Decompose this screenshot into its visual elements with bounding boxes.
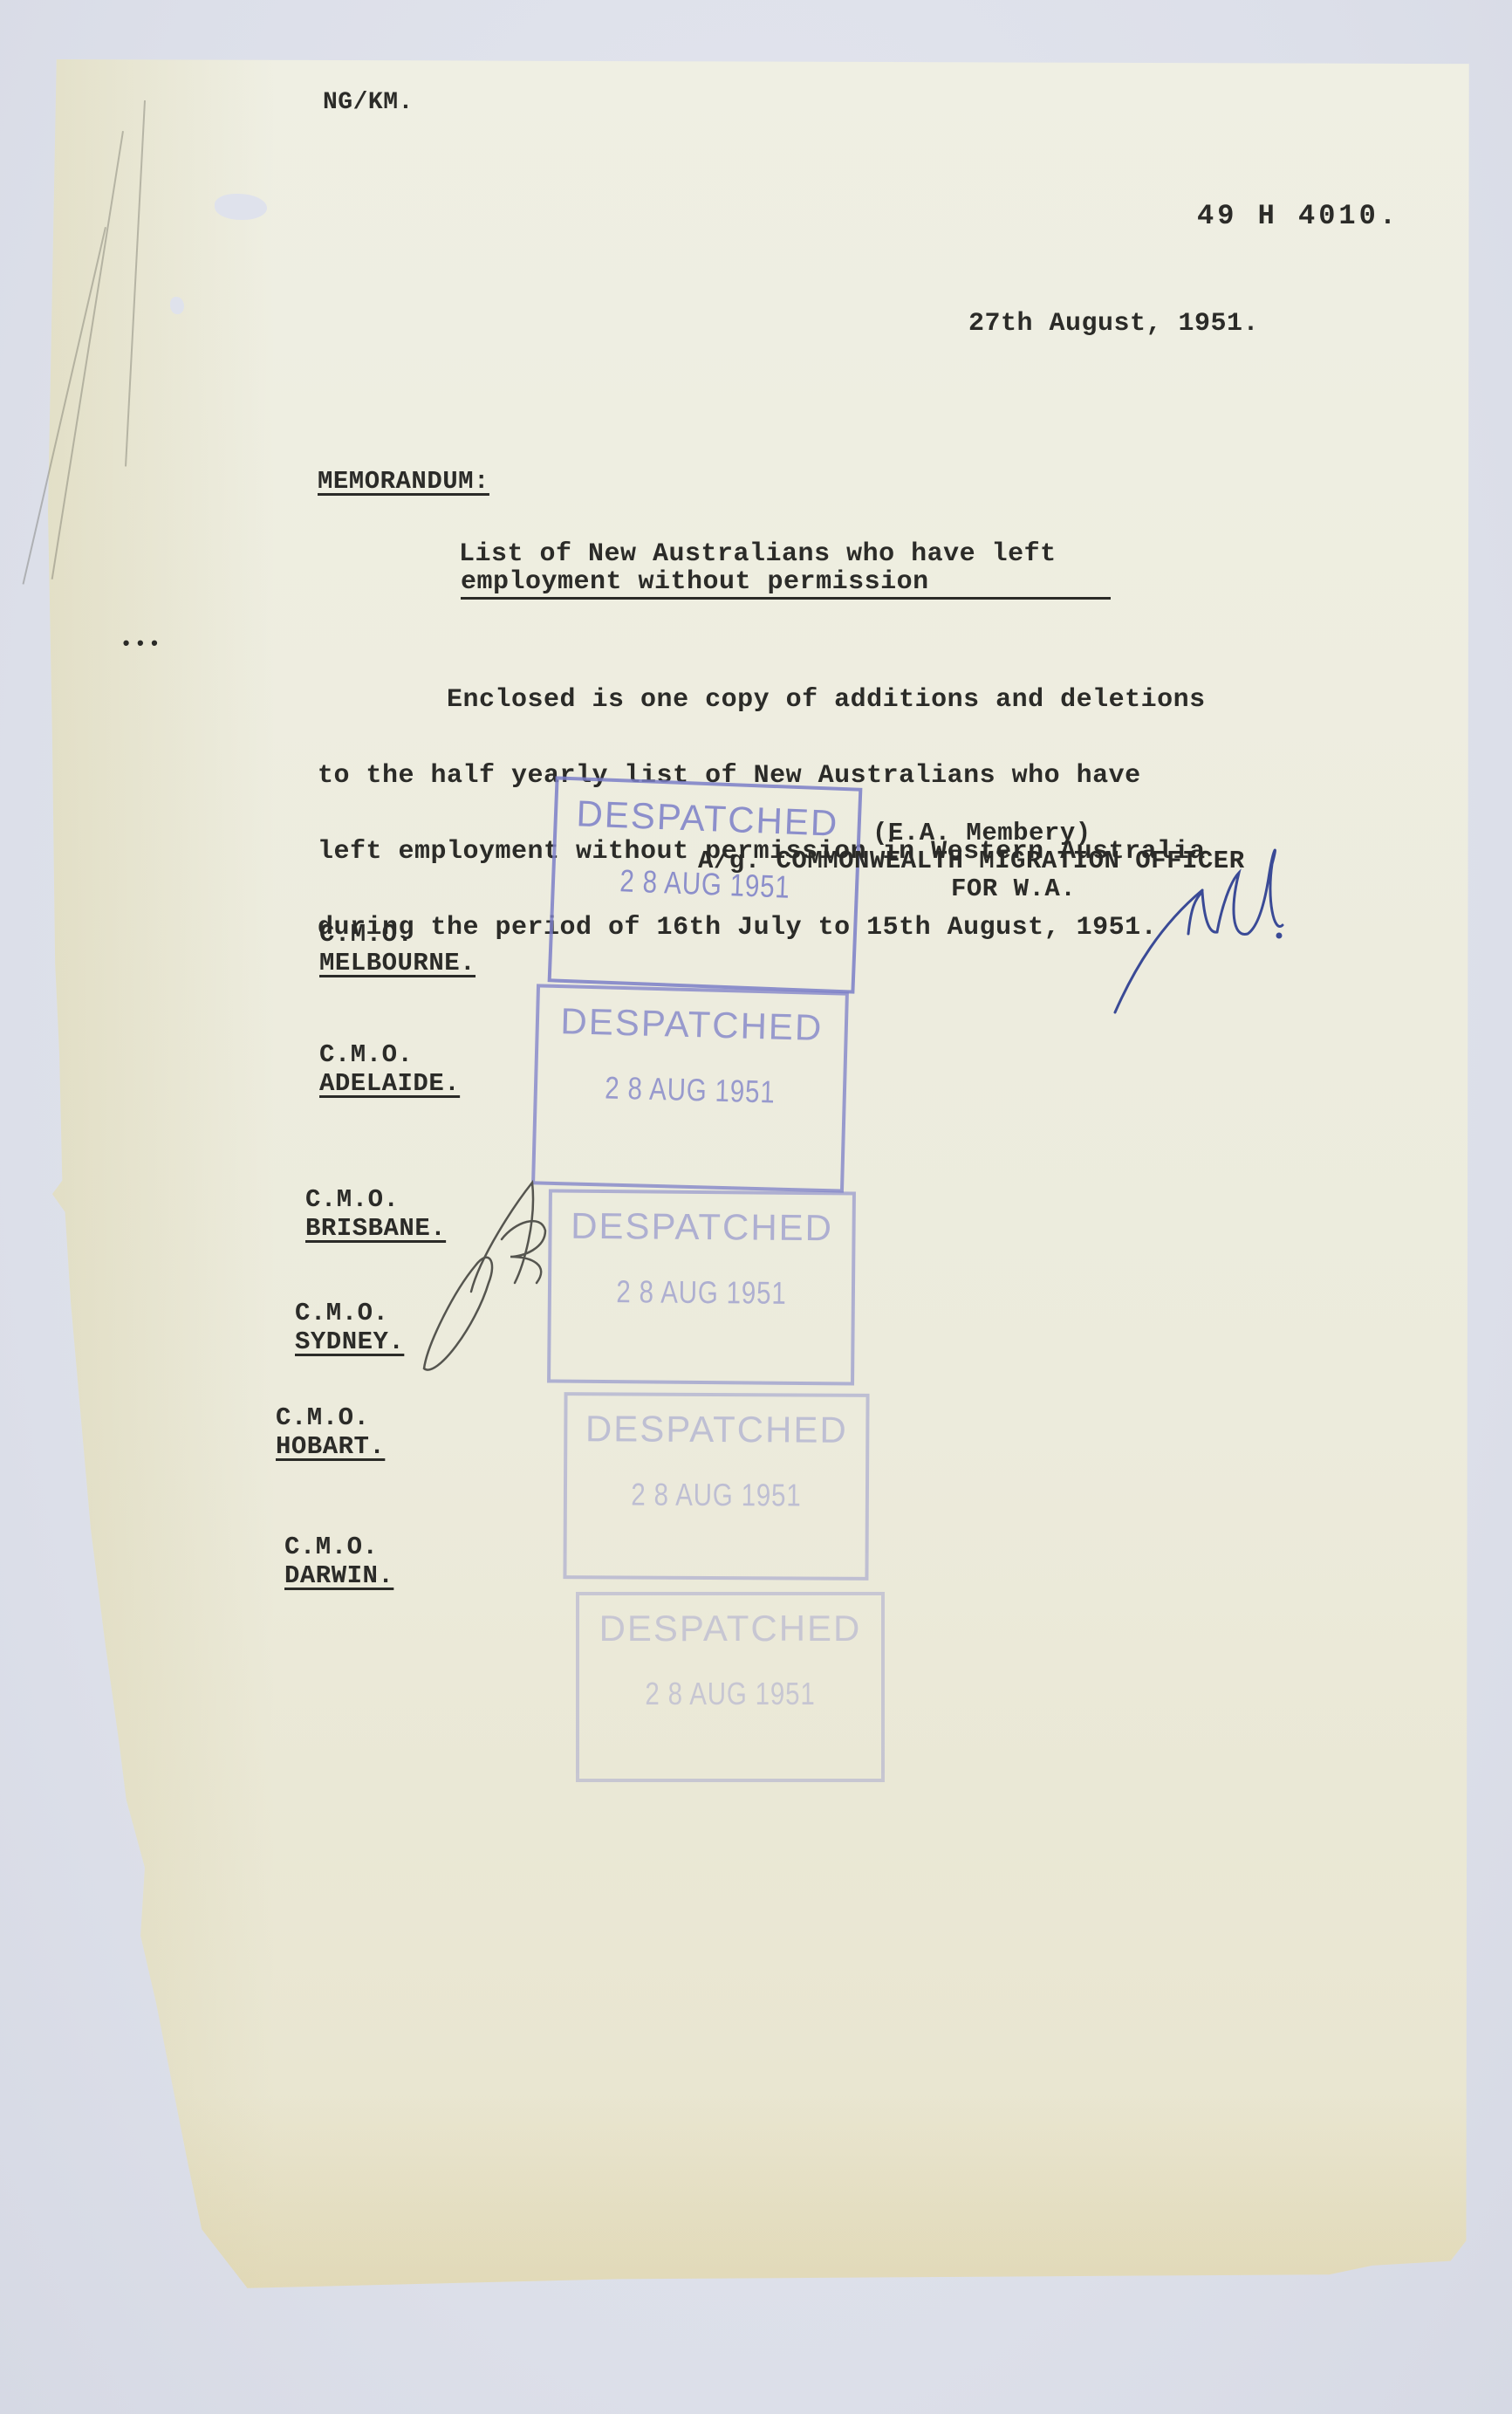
margin-mark: ••• [120, 635, 163, 655]
recipient-city: BRISBANE. [305, 1216, 446, 1241]
recipient-city: HOBART. [276, 1434, 385, 1459]
stamp-date: 2 8 AUG 1951 [578, 1273, 824, 1312]
recipient-office: C.M.O. [305, 1187, 399, 1212]
subject-line-1: List of New Australians who have left [459, 541, 1057, 567]
recipient-office: C.M.O. [319, 922, 413, 947]
recipient-city: ADELAIDE. [319, 1071, 460, 1096]
subject-underline [461, 597, 1111, 600]
paper-hole [215, 194, 267, 220]
despatched-stamp: DESPATCHED2 8 AUG 1951 [531, 984, 849, 1192]
recipient-office: C.M.O. [284, 1534, 378, 1560]
file-number: 49 H 4010. [1197, 202, 1399, 230]
recipient-office: C.M.O. [319, 1042, 413, 1067]
signatory-region: FOR W.A. [951, 876, 1076, 902]
signatory-name: (E.A. Membery) [872, 820, 1091, 846]
paper-hole [170, 297, 184, 314]
signatory-title: A/g. COMMONWEALTH MIGRATION OFFICER [698, 848, 1245, 874]
recipient-office: C.M.O. [295, 1300, 388, 1326]
stamp-date: 2 8 AUG 1951 [594, 1476, 839, 1513]
despatched-stamp: DESPATCHED2 8 AUG 1951 [576, 1592, 885, 1782]
recipient-city: SYDNEY. [295, 1329, 404, 1354]
stamp-date: 2 8 AUG 1951 [564, 1068, 816, 1111]
recipient-city: DARWIN. [284, 1563, 393, 1588]
stamp-label: DESPATCHED [551, 1205, 852, 1250]
body-line: Enclosed is one copy of additions and de… [318, 688, 1206, 713]
reference-initials: NG/KM. [323, 91, 414, 115]
memo-heading: MEMORANDUM: [318, 469, 489, 494]
despatched-stamp: DESPATCHED2 8 AUG 1951 [548, 776, 863, 993]
recipient-city: MELBOURNE. [319, 950, 475, 976]
stamp-date: 2 8 AUG 1951 [606, 1676, 854, 1712]
stamp-label: DESPATCHED [579, 1608, 881, 1649]
memo-date: 27th August, 1951. [968, 311, 1259, 337]
stamp-label: DESPATCHED [567, 1408, 865, 1451]
recipient-office: C.M.O. [276, 1405, 369, 1430]
subject-line-2: employment without permission [461, 569, 929, 595]
despatched-stamp: DESPATCHED2 8 AUG 1951 [563, 1392, 869, 1581]
stamp-label: DESPATCHED [557, 792, 859, 845]
despatched-stamp: DESPATCHED2 8 AUG 1951 [547, 1189, 856, 1385]
stamp-label: DESPATCHED [538, 999, 845, 1049]
